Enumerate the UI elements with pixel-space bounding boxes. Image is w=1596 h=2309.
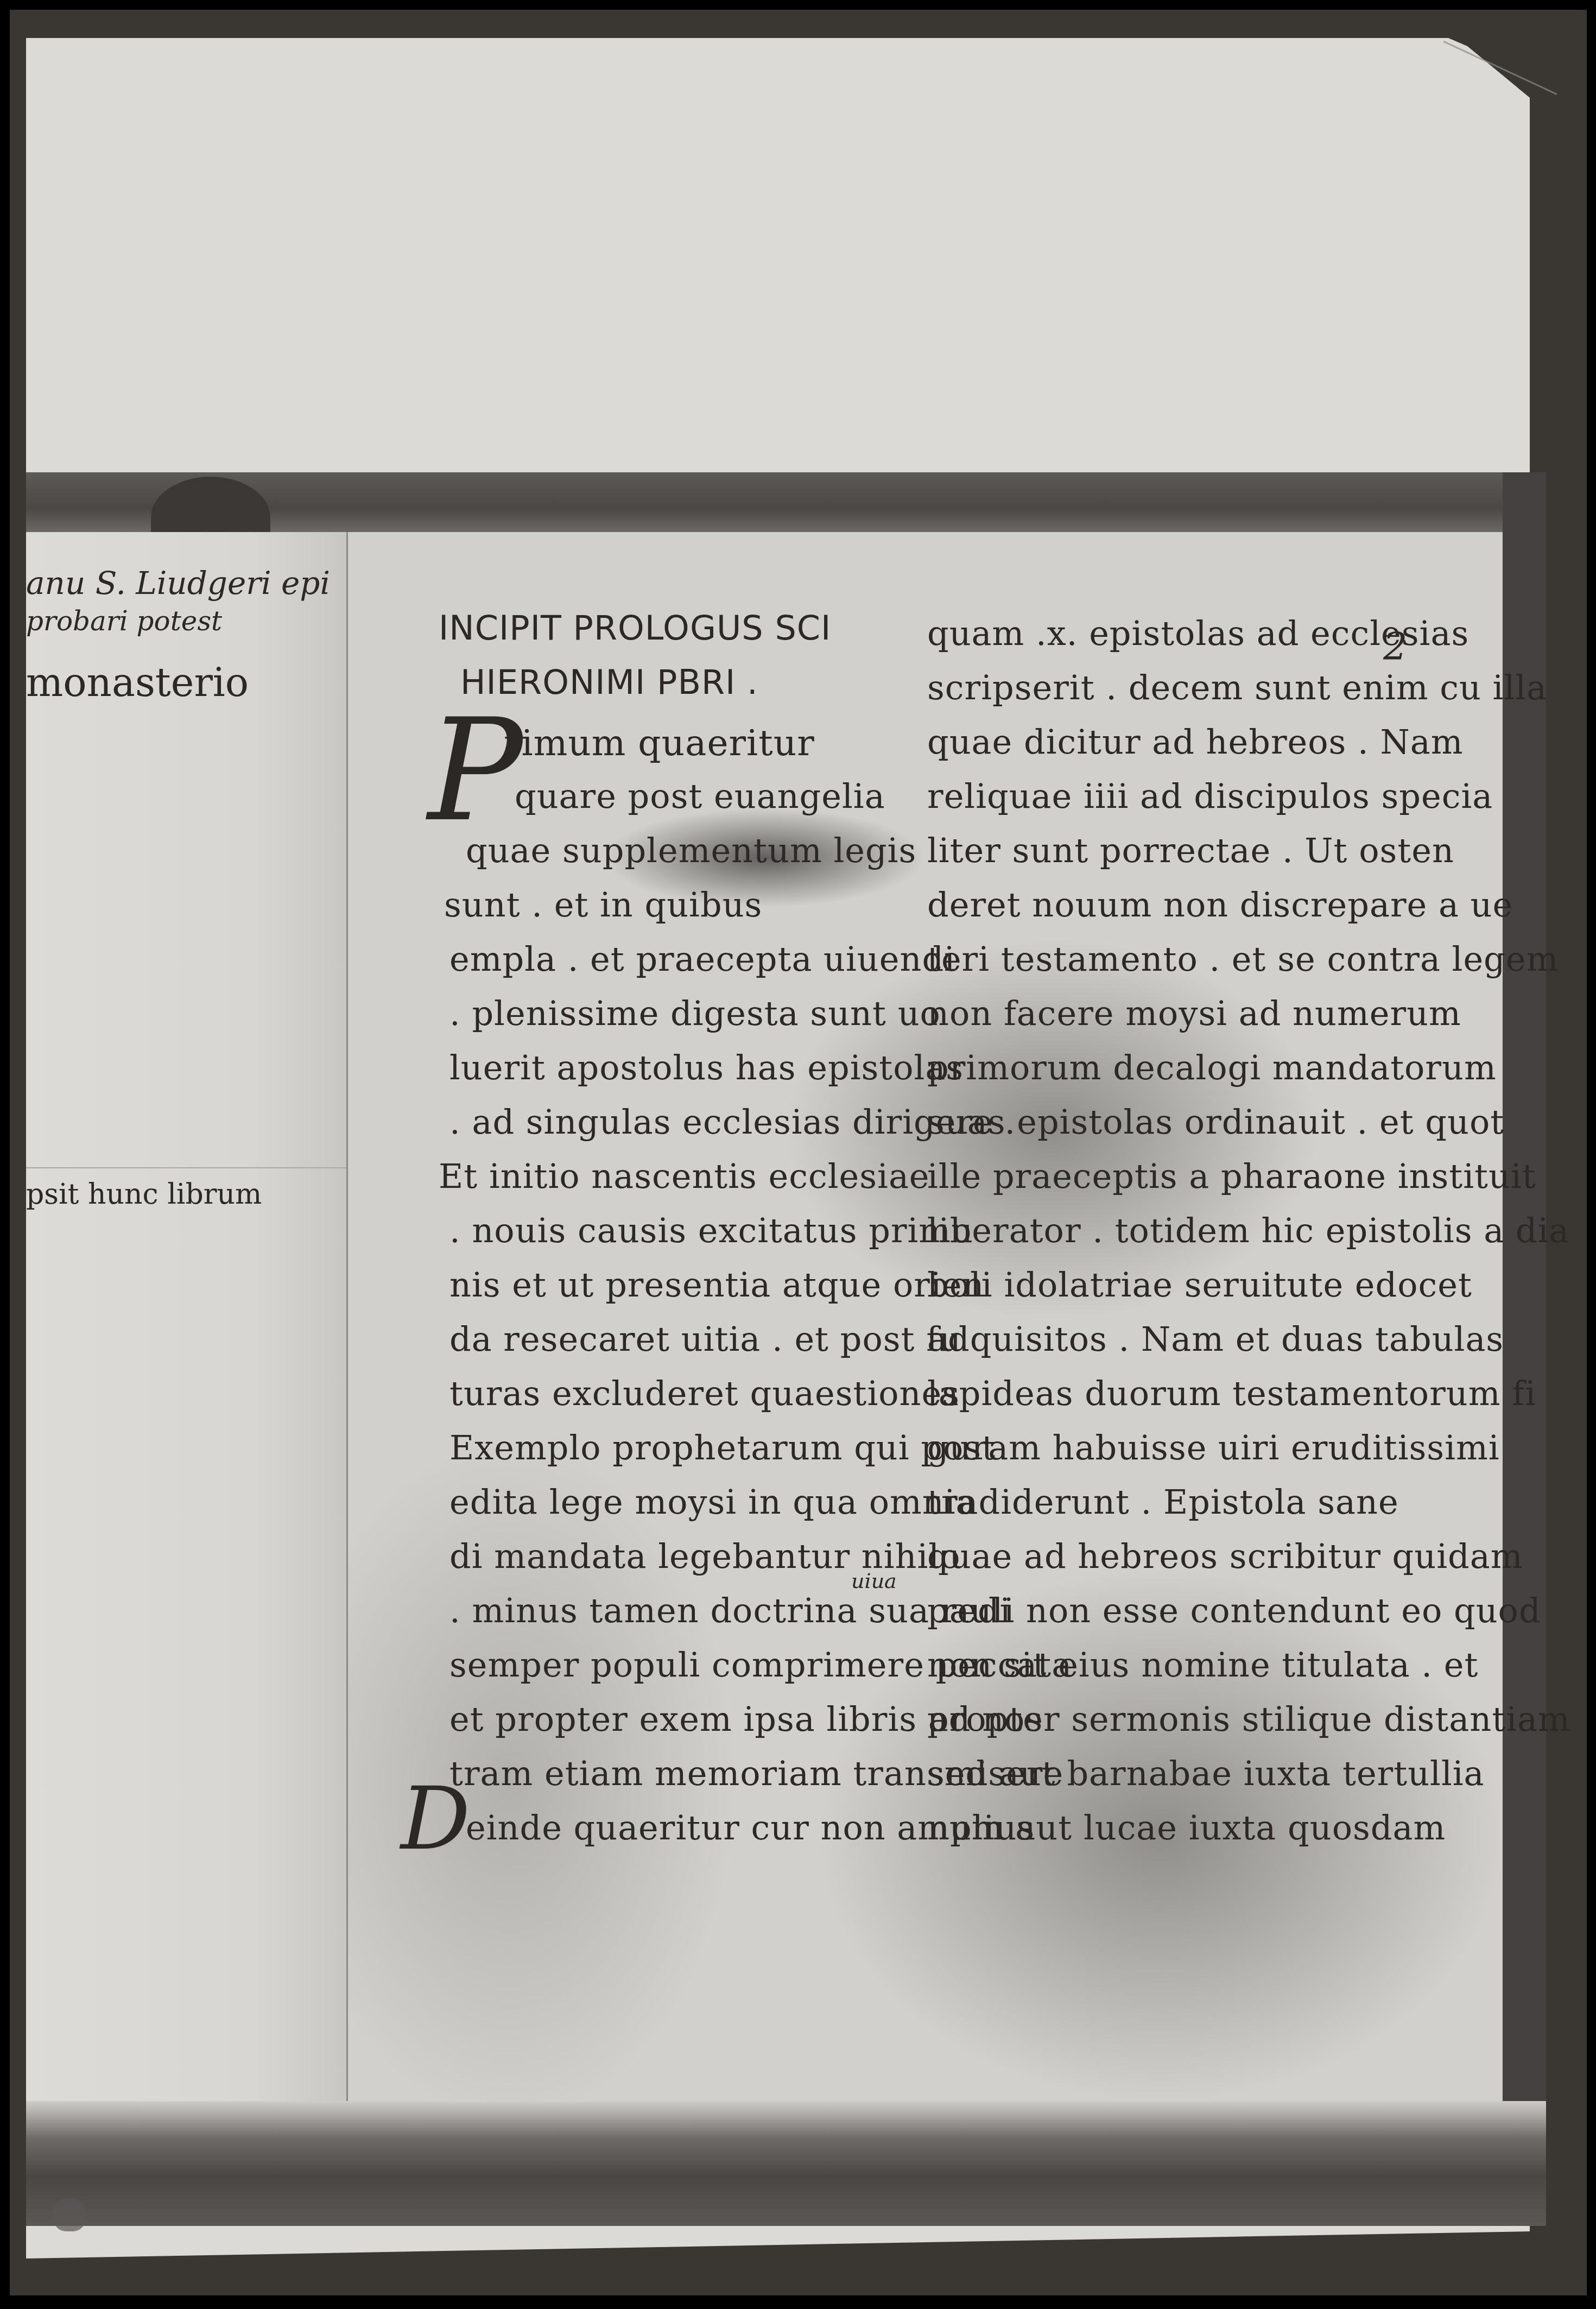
fold-line: [26, 1167, 346, 1168]
text-line: ille praeceptis a pharaone instituit: [927, 1156, 1536, 1196]
text-line: non sit eius nomine titulata . et: [927, 1645, 1478, 1685]
text-line: . nouis causis excitatus primu: [449, 1211, 973, 1250]
text-line: liter sunt porrectae . Ut osten: [927, 831, 1454, 870]
text-line: quae supplementum legis: [466, 831, 916, 870]
margin-note-lower: psit hunc librum: [26, 1178, 262, 1211]
decorated-initial-p: P: [428, 700, 523, 842]
text-line: primorum decalogi mandatorum: [927, 1048, 1497, 1087]
text-line: deret nouum non discrepare a ue: [927, 885, 1513, 925]
text-line: edita lege moysi in qua omnia: [449, 1482, 977, 1522]
ink-smudge: [53, 2199, 86, 2231]
right-dark-band: [1503, 472, 1546, 2155]
text-line: scripserit . decem sunt enim cu illa: [927, 668, 1547, 707]
text-line: non facere moysi ad numerum: [927, 994, 1461, 1033]
leaf-edge: [346, 532, 348, 2101]
text-line: teri testamento . et se contra legem: [927, 939, 1559, 979]
text-line: luerit apostolus has epistolas: [449, 1048, 964, 1087]
text-line: quae dicitur ad hebreos . Nam: [927, 722, 1464, 762]
text-line: tradiderunt . Epistola sane: [927, 1482, 1399, 1522]
text-line: num aut lucae iuxta quosdam: [927, 1808, 1446, 1848]
initial-d: D: [401, 1775, 470, 1862]
text-line: da resecaret uitia . et post fu: [449, 1319, 961, 1359]
interlinear-gloss: uiua: [851, 1569, 897, 1593]
manuscript-photocopy: anu S. Liudgeri epi probari potest monas…: [26, 472, 1546, 2231]
text-line: lapideas duorum testamentorum fi: [927, 1374, 1536, 1413]
text-line: sunt . et in quibus: [444, 885, 762, 925]
text-line: quare post euangelia: [515, 776, 885, 816]
text-line: reliquae iiii ad discipulos specia: [927, 776, 1493, 816]
text-line: nis et ut presentia atque orien: [449, 1265, 984, 1305]
margin-note-line-2: probari potest: [26, 605, 222, 637]
text-line: adquisitos . Nam et duas tabulas: [927, 1319, 1504, 1359]
text-line: propter sermonis stilique distantiam: [927, 1699, 1570, 1739]
text-line: liberator . totidem hic epistolis a dia: [927, 1211, 1569, 1250]
text-line: Et initio nascentis ecclesiae: [439, 1156, 930, 1196]
text-line: Exemplo prophetarum qui post: [449, 1428, 996, 1467]
text-line: quae ad hebreos scribitur quidam: [927, 1536, 1523, 1576]
text-line: . plenissime digesta sunt uo: [449, 994, 941, 1033]
margin-note-line-3: monasterio: [26, 660, 249, 705]
text-line: sed aut barnabae iuxta tertullia: [927, 1754, 1485, 1793]
text-line: turas excluderet quaestiones: [449, 1374, 960, 1413]
text-line: guram habuisse uiri eruditissimi: [927, 1428, 1500, 1467]
text-line: rimum quaeritur: [504, 722, 815, 764]
text-line: suas epistolas ordinauit . et quot: [927, 1102, 1504, 1142]
bottom-dark-band: [26, 2101, 1546, 2226]
left-margin-strip: [26, 532, 346, 2101]
text-line: quam .x. epistolas ad ecclesias: [927, 613, 1469, 653]
text-line: boli idolatriae seruitute edocet: [927, 1265, 1472, 1305]
heading-line-1: INCIPIT PROLOGUS SCI: [439, 608, 831, 648]
text-line: pauli non esse contendunt eo quod: [927, 1591, 1541, 1630]
text-line: empla . et praecepta uiuendi: [449, 939, 955, 979]
margin-note-line-1: anu S. Liudgeri epi: [26, 565, 330, 602]
